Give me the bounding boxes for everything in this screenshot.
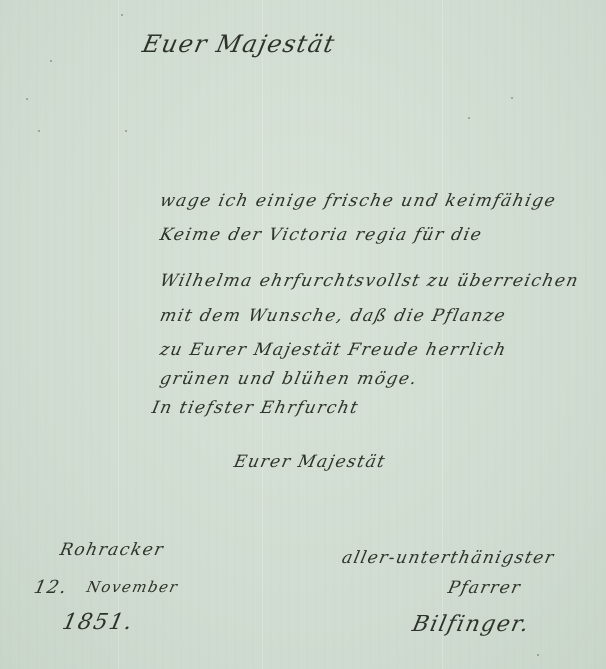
paper-speck [125, 130, 127, 132]
paper-speck [537, 654, 539, 656]
paper-fold-line [118, 0, 119, 669]
paper-speck [50, 60, 52, 62]
date-month: November [85, 578, 180, 596]
signature-name: Bilfinger. [410, 612, 532, 637]
body-line: zu Eurer Majestät Freude herrlich [158, 340, 509, 360]
place: Rohracker [58, 540, 166, 560]
signature-title: Pfarrer [446, 578, 523, 598]
body-line: mit dem Wunsche, daß die Pflanze [158, 306, 508, 326]
date-year: 1851. [60, 610, 136, 635]
date-day: 12. [32, 577, 70, 598]
letter-paper: Euer Majestät wage ich einige frische un… [0, 0, 606, 669]
body-line: In tiefster Ehrfurcht [150, 398, 361, 418]
paper-fold-line [262, 0, 263, 669]
paper-speck [511, 97, 513, 99]
closing: Eurer Majestät [232, 452, 388, 472]
body-line: Wilhelma ehrfurchtsvollst zu überreichen [158, 271, 581, 291]
paper-speck [38, 130, 40, 132]
signature-honorific: aller-unterthänigster [340, 548, 557, 568]
paper-fold-line [442, 0, 443, 669]
body-line: grünen und blühen möge. [158, 369, 420, 389]
paper-speck [121, 14, 123, 16]
salutation: Euer Majestät [140, 30, 338, 58]
paper-speck [26, 98, 28, 100]
body-line: wage ich einige frische und keimfähige [158, 191, 558, 211]
body-line: Keime der Victoria regia für die [158, 225, 484, 245]
paper-speck [468, 117, 470, 119]
